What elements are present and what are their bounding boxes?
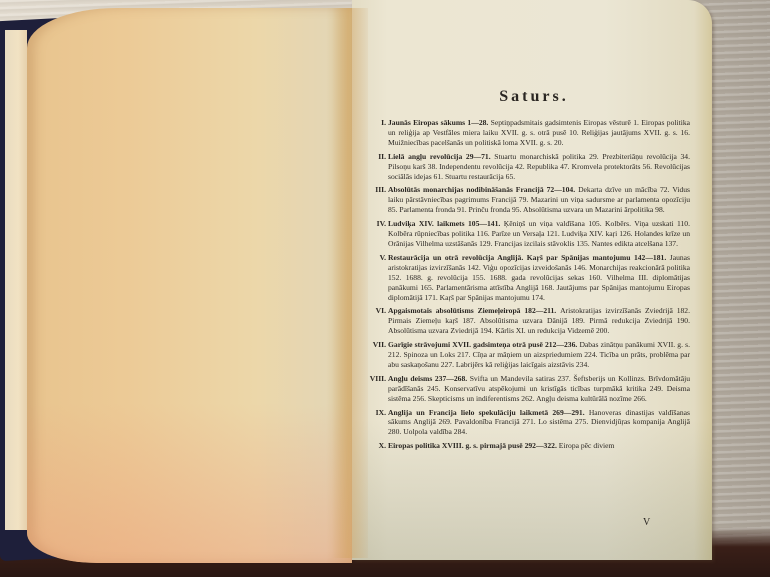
chapter-number: X. [368,441,386,451]
chapter-heading: Anglija un Francija lielo spekulāciju la… [388,408,589,417]
toc-entry: IX. Anglija un Francija lielo spekulācij… [368,408,690,438]
toc-entry: II. Lielā angļu revolūcija 29—71. Stuart… [368,152,690,182]
page-number: V [643,517,650,528]
chapter-number: VI. [368,306,386,316]
toc-entry: V. Restaurācija un otrā revolūcija Angli… [368,253,690,303]
chapter-heading: Garīgie strāvojumi XVII. gadsimteņa otrā… [388,340,579,349]
chapter-number: III. [368,185,386,195]
chapter-heading: Lielā angļu revolūcija 29—71. [388,152,494,161]
toc-entry: VII. Garīgie strāvojumi XVII. gadsimteņa… [368,340,690,370]
toc-entry: I. Jaunās Eiropas sākums 1—28. Septiņpad… [368,118,690,148]
chapter-contents: Eiropa pēc diviem [559,441,615,450]
toc-entry: VIII. Angļu deisms 237—268. Svifta un Ma… [368,374,690,404]
chapter-heading: Jaunās Eiropas sākums 1—28. [388,118,491,127]
chapter-heading: Restaurācija un otrā revolūcija Anglijā.… [388,253,670,262]
chapter-number: V. [368,253,386,263]
chapter-heading: Angļu deisms 237—268. [388,374,470,383]
chapter-number: I. [368,118,386,128]
chapter-number: II. [368,152,386,162]
chapter-heading: Eiropas politika XVIII. g. s. pirmajā pu… [388,441,559,450]
toc-entry: IV. Ludviķa XIV. laikmets 105—141. Ķēniņ… [368,219,690,249]
page-title: Saturs. [368,88,690,106]
left-page-blank [27,8,352,563]
chapter-number: VIII. [368,374,386,384]
chapter-heading: Apgaismotais absolūtisms Ziemeļeiropā 18… [388,306,560,315]
book-gutter [332,8,368,558]
left-page-stack-edge [5,30,27,530]
toc-entry: X. Eiropas politika XVIII. g. s. pirmajā… [368,441,690,451]
toc-entry: III. Absolūtās monarchijas nodibināšanās… [368,185,690,215]
toc-entry: VI. Apgaismotais absolūtisms Ziemeļeirop… [368,306,690,336]
chapter-number: IX. [368,408,386,418]
chapter-heading: Ludviķa XIV. laikmets 105—141. [388,219,504,228]
chapter-number: IV. [368,219,386,229]
chapter-number: VII. [368,340,386,350]
table-of-contents: Saturs. I. Jaunās Eiropas sākums 1—28. S… [368,88,690,455]
chapter-heading: Absolūtās monarchijas nodibināšanās Fran… [388,185,578,194]
